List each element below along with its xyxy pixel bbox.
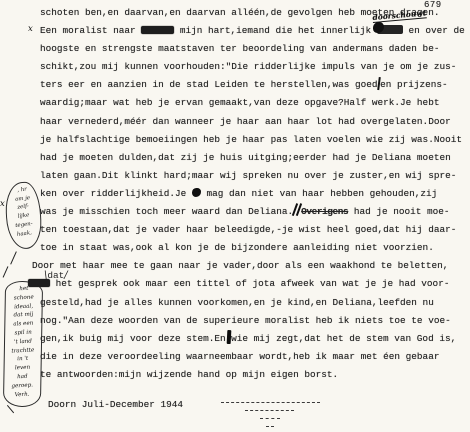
- typed-line: Door met haar mee te gaan naar je vader,…: [32, 257, 466, 275]
- typed-line: schikt,zou mij kunnen voorhouden:"Die ri…: [40, 58, 466, 76]
- typed-text: mag dan niet van haar hebben gehouden,zi…: [201, 188, 437, 199]
- typed-text: laten gaan.Dit klinkt hard;maar wij spre…: [40, 170, 456, 181]
- typed-text: nog."Aan deze woorden van de superieure …: [40, 315, 451, 326]
- inserted-word: dat: [47, 270, 64, 281]
- margin-x-mark: x: [28, 24, 33, 34]
- typed-line: waardig;maar wat heb je ervan gemaakt,va…: [40, 94, 466, 112]
- typed-line: ters eer en aanzien in de stad Leiden te…: [40, 76, 466, 94]
- insertion-mark: [293, 204, 301, 216]
- end-rule-long: [221, 402, 320, 403]
- typed-line: ten toestaan,dat je vader haar beleedigd…: [40, 221, 466, 239]
- typed-text: te antwoorden:mijn wijzende hand op mijn…: [40, 369, 338, 380]
- pen-stroke: [3, 266, 9, 277]
- handwritten-margin-note-lower: hetschoneideaal,dat mijals eenspil in't …: [3, 281, 43, 408]
- typed-text: je halfslachtige bemoeiingen heb je haar…: [40, 134, 462, 145]
- typed-text: het gesprek ook maar een tittel of jota …: [50, 278, 449, 289]
- typed-text: en prijzens-: [380, 79, 448, 90]
- crossed-out-word: Overigens: [301, 206, 348, 217]
- insertion-slash: /: [64, 270, 67, 281]
- pen-stroke: [10, 251, 17, 264]
- typed-text: haar vernederd,méér dan wanneer je haar …: [40, 116, 451, 127]
- typed-line: die in deze veroordeeling waarneembaar w…: [40, 348, 466, 366]
- typed-text: en over de: [403, 25, 465, 36]
- typed-text: wie mij zegt,dat het de stem van God is,: [231, 333, 456, 344]
- typed-line: laten gaan.Dit klinkt hard;maar wij spre…: [40, 167, 466, 185]
- pen-stroke: [7, 405, 14, 413]
- handwritten-margin-note-upper: , hrom jezelf-lijketegen-haak,: [4, 181, 42, 250]
- typed-line: gen,ik buig mij voor deze stem.Enwie mij…: [40, 330, 466, 348]
- struck-out-word: [141, 26, 174, 34]
- typed-text: gen,ik buig mij voor deze stem.En: [40, 333, 226, 344]
- typed-line: je halfslachtige bemoeiingen heb je haar…: [40, 131, 466, 149]
- typed-line: toe in staat was,ook al kon je de bijzon…: [40, 239, 466, 257]
- typed-line: Een moralist naar mijn hart,iemand die h…: [40, 22, 466, 40]
- typed-text: ten toestaan,dat je vader haar beleedigd…: [40, 224, 456, 235]
- typescript-page: 679 x x , hrom jezelf-lijketegen-haak, h…: [0, 0, 470, 432]
- typed-text: mijn hart,iemand die het innerlijk: [174, 25, 377, 36]
- typed-text: ters eer en aanzien in de stad Leiden te…: [40, 79, 378, 90]
- typed-text: gesteld,had je alles kunnen voorkomen,en…: [40, 297, 434, 308]
- end-rule-tiny: [266, 426, 274, 427]
- typed-line: het gesprek ook maar een tittel of jota …: [28, 275, 466, 293]
- typed-line: hoogste en strengste maatstaven ter beoo…: [40, 40, 466, 58]
- typed-text: schikt,zou mij kunnen voorhouden:"Die ri…: [40, 61, 456, 72]
- typed-line: was je misschien toch meer waard dan Del…: [40, 203, 466, 221]
- typed-text: ken over ridderlijkheid.Je: [40, 188, 192, 199]
- typed-line: gesteld,had je alles kunnen voorkomen,en…: [40, 294, 466, 312]
- ink-blot: [192, 188, 201, 197]
- footer-date: Doorn Juli-December 1944: [48, 399, 183, 410]
- typed-text: Door met haar mee te gaan naar je vader,…: [32, 260, 448, 271]
- handwriting-line: Verh.: [4, 390, 40, 401]
- typed-text: had je nooit moe-: [348, 206, 449, 217]
- typed-text: had je moeten dulden,dat zij je huis uit…: [40, 152, 451, 163]
- end-rule-short: [260, 418, 280, 419]
- ink-blot: [373, 22, 384, 33]
- typed-line: te antwoorden:mijn wijzende hand op mijn…: [40, 366, 466, 384]
- pen-stroke: [226, 330, 230, 344]
- typed-text: waardig;maar wat heb je ervan gemaakt,va…: [40, 97, 439, 108]
- typed-lines: schoten ben,en daarvan,en daarvan alléén…: [40, 4, 466, 384]
- margin-x-mark: x: [0, 199, 5, 209]
- typed-line: haar vernederd,méér dan wanneer je haar …: [40, 113, 466, 131]
- typed-line: nog."Aan deze woorden van de superieure …: [40, 312, 466, 330]
- typed-line: had je moeten dulden,dat zij je huis uit…: [40, 149, 466, 167]
- interline-insertion: \dat/: [44, 270, 68, 281]
- typed-text: hoogste en strengste maatstaven ter beoo…: [40, 43, 439, 54]
- typed-text: Een moralist naar: [40, 25, 141, 36]
- struck-out-word: doorschouwt: [377, 25, 403, 34]
- typed-text: die in deze veroordeeling waarneembaar w…: [40, 351, 439, 362]
- typed-text: toe in staat was,ook al kon je de bijzon…: [40, 242, 434, 253]
- typed-text: was je misschien toch meer waard dan Del…: [40, 206, 293, 217]
- typed-line: ken over ridderlijkheid.Je mag dan niet …: [40, 185, 466, 203]
- end-rule-medium: [245, 410, 294, 411]
